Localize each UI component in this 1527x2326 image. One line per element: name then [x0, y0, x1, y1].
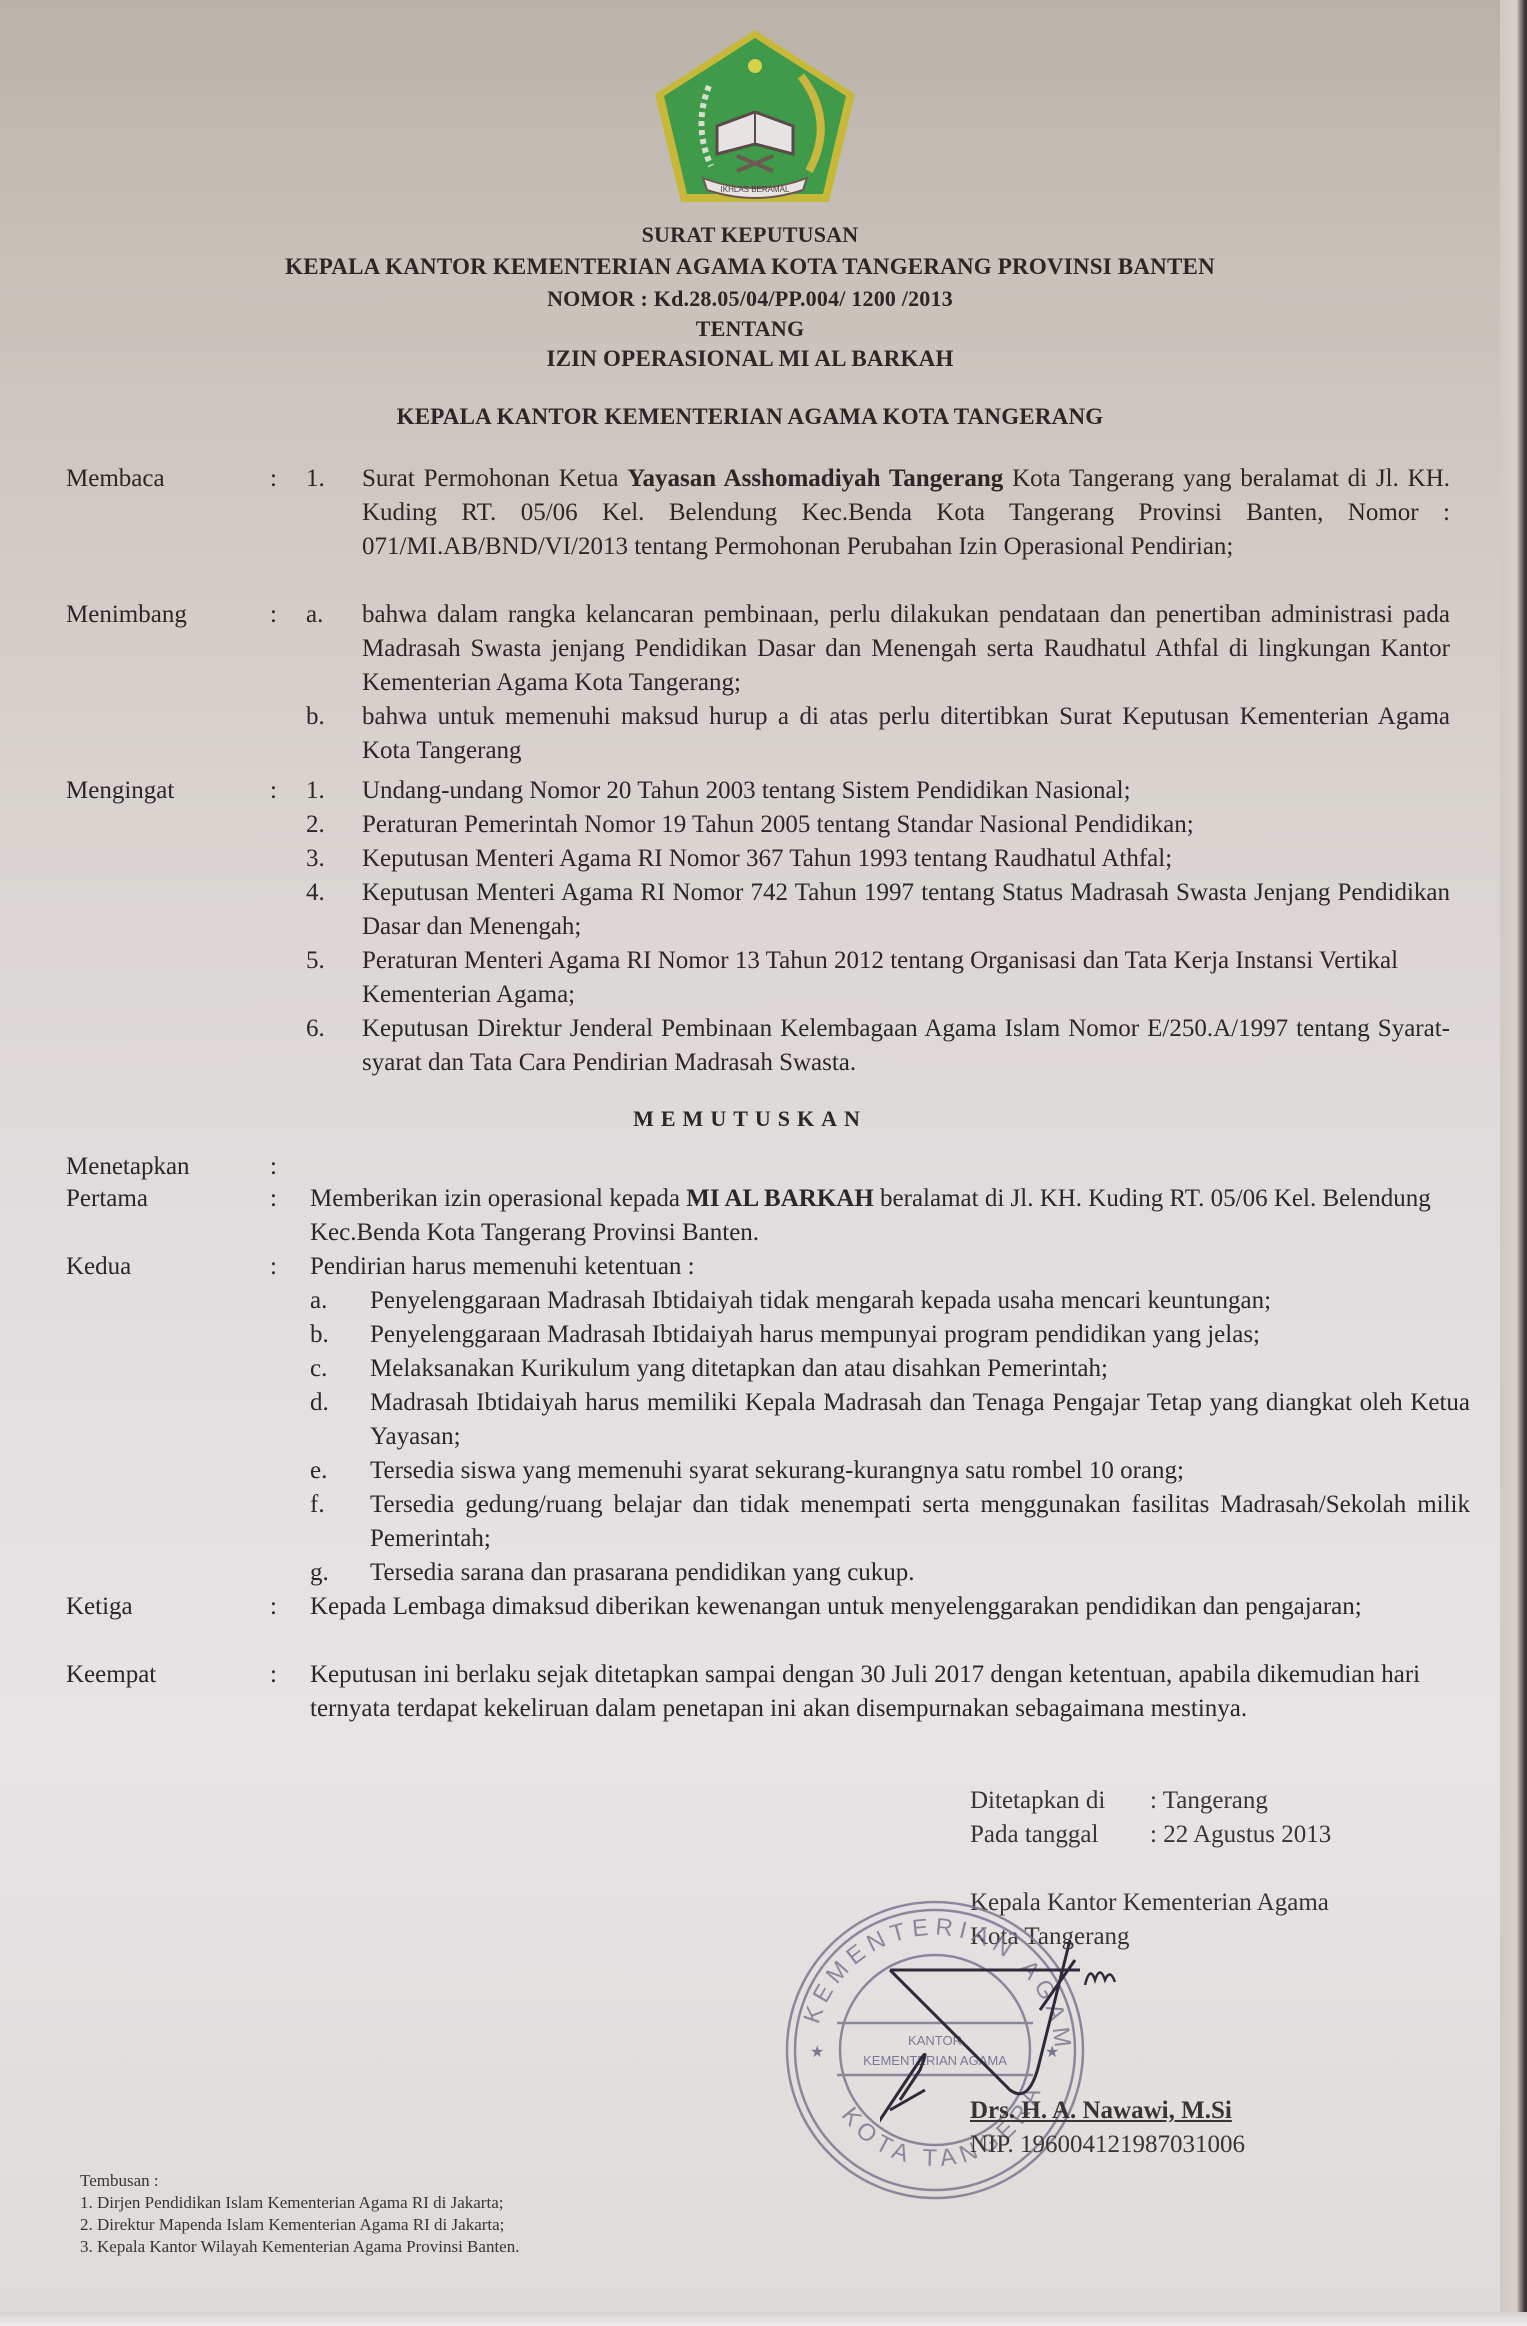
svg-text:★: ★ [810, 2044, 824, 2061]
item-letter: b. [310, 1318, 329, 1352]
copies-item: 2. Direktur Mapenda Islam Kementerian Ag… [80, 2214, 519, 2236]
item-letter: f. [310, 1488, 325, 1522]
item-number: 6. [306, 1012, 325, 1046]
kemenag-emblem-icon: IKHLAS BERAMAL [651, 26, 859, 206]
item-number: 1. [306, 774, 325, 808]
item-letter: d. [310, 1386, 329, 1420]
section-label: Keempat [66, 1658, 156, 1692]
item-text: Penyelenggaraan Madrasah Ibtidaiyah haru… [370, 1318, 1470, 1352]
colon: : [270, 1250, 277, 1284]
item-text: Keputusan ini berlaku sejak ditetapkan s… [310, 1658, 1450, 1726]
item-text: Tersedia gedung/ruang belajar dan tidak … [370, 1488, 1470, 1556]
place-value: : Tangerang [1150, 1787, 1268, 1814]
copies-title: Tembusan : [80, 2170, 519, 2192]
item-text: Memberikan izin operasional kepada MI AL… [310, 1182, 1470, 1250]
colon: : [270, 774, 277, 808]
document-number: NOMOR : Kd.28.05/04/PP.004/ 1200 /2013 [0, 286, 1500, 312]
authority-heading: KEPALA KANTOR KEMENTERIAN AGAMA KOTA TAN… [0, 404, 1500, 430]
item-text: Tersedia sarana dan prasarana pendidikan… [370, 1556, 1470, 1590]
item-letter: e. [310, 1454, 327, 1488]
item-text: bahwa dalam rangka kelancaran pembinaan,… [362, 598, 1450, 700]
item-text: Keputusan Menteri Agama RI Nomor 742 Tah… [362, 876, 1450, 944]
item-number: 5. [306, 944, 325, 978]
section-label: Mengingat [66, 774, 174, 808]
item-text: Keputusan Menteri Agama RI Nomor 367 Tah… [362, 842, 1450, 876]
document-type: SURAT KEPUTUSAN [0, 222, 1500, 248]
section-label: Menimbang [66, 598, 187, 632]
signer-name: Drs. H. A. Nawawi, M.Si [970, 2094, 1232, 2128]
date-value: : 22 Agustus 2013 [1150, 1821, 1331, 1848]
issuing-authority: KEPALA KANTOR KEMENTERIAN AGAMA KOTA TAN… [0, 254, 1500, 280]
svg-text:IKHLAS BERAMAL: IKHLAS BERAMAL [721, 185, 790, 194]
item-text: Pendirian harus memenuhi ketentuan : [310, 1250, 1470, 1284]
section-label: Kedua [66, 1250, 131, 1284]
section-label: Membaca [66, 462, 165, 496]
item-number: b. [306, 700, 325, 734]
colon: : [270, 1590, 277, 1624]
about-label: TENTANG [0, 316, 1500, 342]
section-label: Ketiga [66, 1590, 133, 1624]
foundation-name: Yayasan Asshomadiyah Tangerang [627, 465, 1003, 492]
item-number: 3. [306, 842, 325, 876]
colon: : [270, 1182, 277, 1216]
item-text: Melaksanakan Kurikulum yang ditetapkan d… [370, 1352, 1470, 1386]
colon: : [270, 1658, 277, 1692]
item-number: 2. [306, 808, 325, 842]
colon: : [270, 598, 277, 632]
item-text: Peraturan Pemerintah Nomor 19 Tahun 2005… [362, 808, 1450, 842]
item-text: Tersedia siswa yang memenuhi syarat seku… [370, 1454, 1470, 1488]
section-label: Pertama [66, 1182, 148, 1216]
item-text: Madrasah Ibtidaiyah harus memiliki Kepal… [370, 1386, 1470, 1454]
item-letter: g. [310, 1556, 329, 1590]
page-bottom-edge [0, 2312, 1527, 2326]
document-subject: IZIN OPERASIONAL MI AL BARKAH [0, 346, 1500, 372]
date-of-issue: Pada tanggal: 22 Agustus 2013 [970, 1818, 1331, 1852]
item-number: 1. [306, 462, 325, 496]
section-label: Menetapkan [66, 1150, 190, 1184]
item-text: Keputusan Direktur Jenderal Pembinaan Ke… [362, 1012, 1450, 1080]
colon: : [270, 1150, 277, 1184]
item-number: a. [306, 598, 323, 632]
place-label: Ditetapkan di [970, 1784, 1150, 1818]
item-text: Penyelenggaraan Madrasah Ibtidaiyah tida… [370, 1284, 1470, 1318]
school-name: MI AL BARKAH [686, 1185, 874, 1212]
signer-nip: NIP. 196004121987031006 [970, 2128, 1245, 2162]
item-number: 4. [306, 876, 325, 910]
copies-item: 3. Kepala Kantor Wilayah Kementerian Aga… [80, 2236, 519, 2258]
item-letter: a. [310, 1284, 327, 1318]
place-of-issue: Ditetapkan di: Tangerang [970, 1784, 1268, 1818]
decision-heading: MEMUTUSKAN [0, 1106, 1500, 1132]
item-text: bahwa untuk memenuhi maksud hurup a di a… [362, 700, 1450, 768]
item-text: Peraturan Menteri Agama RI Nomor 13 Tahu… [362, 944, 1422, 1012]
page-edge [1500, 0, 1527, 2326]
item-text: Undang-undang Nomor 20 Tahun 2003 tentan… [362, 774, 1450, 808]
item-text: Kepada Lembaga dimaksud diberikan kewena… [310, 1590, 1470, 1624]
date-label: Pada tanggal [970, 1818, 1150, 1852]
item-letter: c. [310, 1352, 327, 1386]
colon: : [270, 462, 277, 496]
copies-list: Tembusan : 1. Dirjen Pendidikan Islam Ke… [80, 2170, 519, 2258]
copies-item: 1. Dirjen Pendidikan Islam Kementerian A… [80, 2192, 519, 2214]
item-text: Surat Permohonan Ketua Yayasan Asshomadi… [362, 462, 1450, 564]
